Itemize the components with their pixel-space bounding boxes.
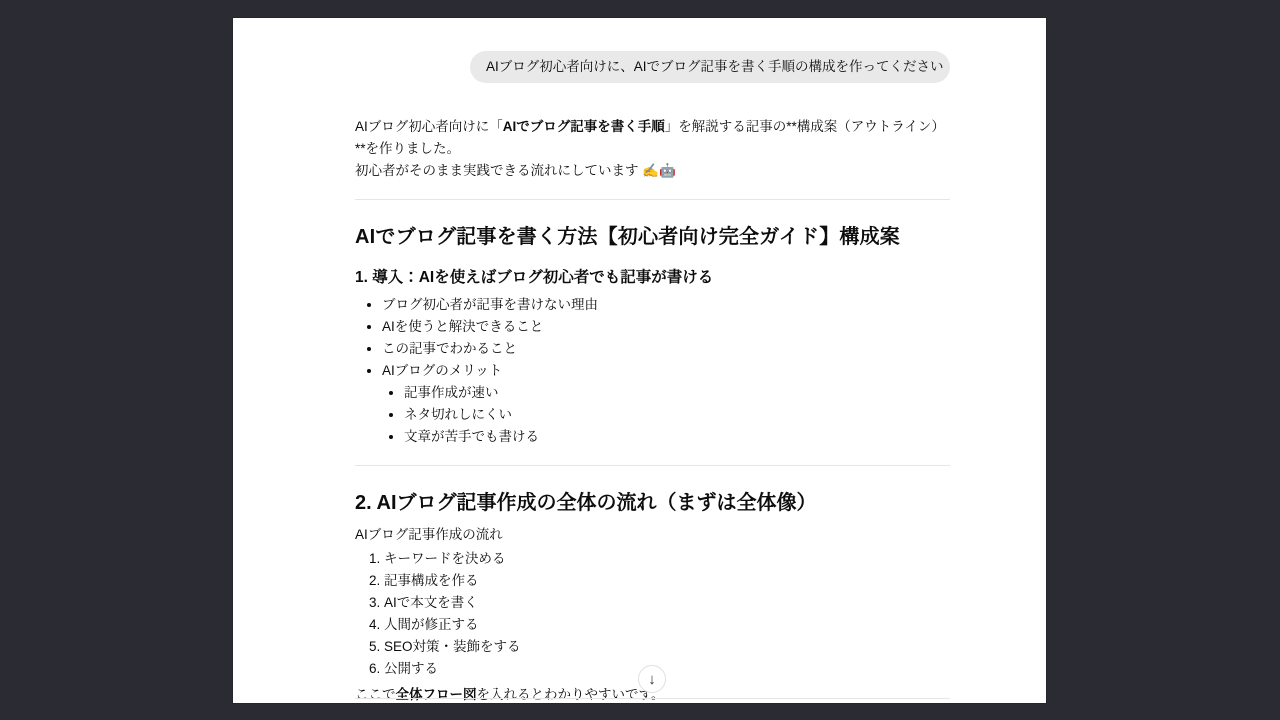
assistant-intro-line1: AIブログ初心者向けに「AIでブログ記事を書く手順」を解説する記事の**構成案（… [355,116,950,160]
chat-content-column: AIブログ初心者向けに、AIでブログ記事を書く手順の構成を作ってください AIブ… [355,18,950,703]
horizontal-rule-1 [355,199,950,200]
section1-bullet-list: ブログ初心者が記事を書けない理由 AIを使うと解決できること この記事でわかるこ… [355,294,950,448]
assistant-intro-line2: 初心者がそのまま実践できる流れにしています ✍️🤖 [355,160,950,182]
list-item: AIブログのメリット 記事作成が速い ネタ切れしにくい 文章が苦手でも書ける [382,360,950,448]
arrow-down-icon: ↓ [648,671,656,688]
intro-seg1: AIブログ初心者向けに「 [355,119,503,134]
list-item: 文章が苦手でも書ける [404,426,950,448]
user-message-row: AIブログ初心者向けに、AIでブログ記事を書く手順の構成を作ってください [355,18,950,83]
list-item: この記事でわかること [382,338,950,360]
note-pre: ここで [355,687,396,702]
section2-lead-text: AIブログ記事作成の流れ [355,524,950,546]
list-item: 記事作成が速い [404,382,950,404]
section1-heading: 1. 導入：AIを使えばブログ初心者でも記事が書ける [355,266,950,290]
note-bold: 全体フロー図 [396,687,477,702]
section2-steps-list: キーワードを決める 記事構成を作る AIで本文を書く 人間が修正する SEO対策… [355,548,950,680]
chat-panel: AIブログ初心者向けに、AIでブログ記事を書く手順の構成を作ってください AIブ… [233,18,1046,703]
section2-heading: 2. AIブログ記事作成の全体の流れ（まずは全体像） [355,490,950,516]
list-item: 人間が修正する [384,614,950,636]
list-item: AIを使うと解決できること [382,316,950,338]
list-item: ブログ初心者が記事を書けない理由 [382,294,950,316]
list-item-label: AIブログのメリット [382,363,502,378]
document-title: AIでブログ記事を書く方法【初心者向け完全ガイド】構成案 [355,224,950,250]
intro-seg2-bold: AIでブログ記事を書く手順 [503,119,665,134]
list-item: 記事構成を作る [384,570,950,592]
list-item: SEO対策・装飾をする [384,636,950,658]
horizontal-rule-3 [355,698,950,699]
scroll-to-bottom-button[interactable]: ↓ [638,665,666,693]
list-item: 公開する [384,658,950,680]
section1-sub-bullet-list: 記事作成が速い ネタ切れしにくい 文章が苦手でも書ける [382,382,950,448]
list-item: キーワードを決める [384,548,950,570]
horizontal-rule-2 [355,465,950,466]
note-post: を入れるとわかりやすいです。 [477,687,665,702]
user-message-bubble: AIブログ初心者向けに、AIでブログ記事を書く手順の構成を作ってください [470,51,950,83]
list-item: AIで本文を書く [384,592,950,614]
list-item: ネタ切れしにくい [404,404,950,426]
assistant-intro: AIブログ初心者向けに「AIでブログ記事を書く手順」を解説する記事の**構成案（… [355,116,950,182]
